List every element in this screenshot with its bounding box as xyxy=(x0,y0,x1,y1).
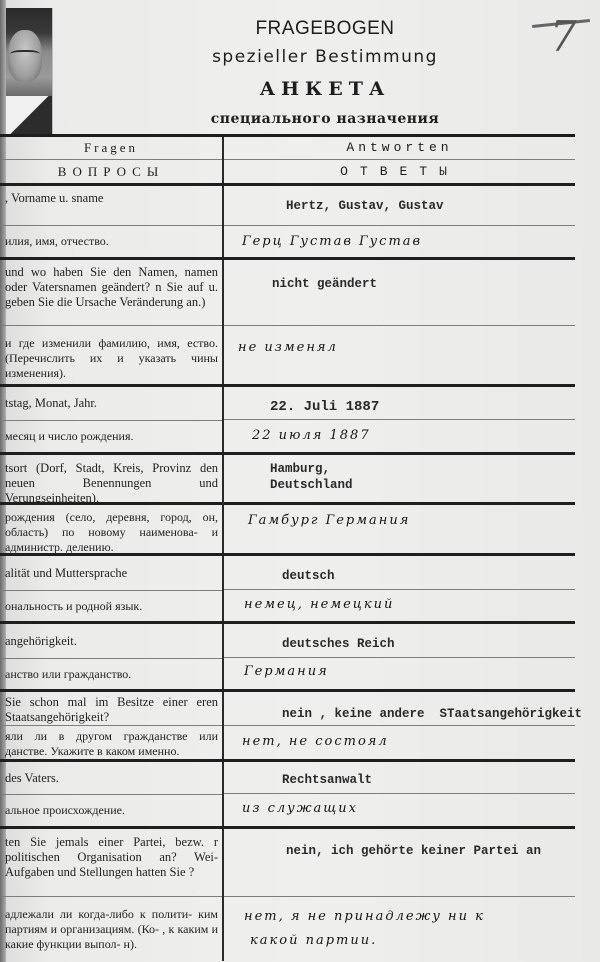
answer-typed: Hertz, Gustav, Gustav xyxy=(286,199,444,213)
question-de: , Vorname u. sname xyxy=(0,186,222,226)
question-de: Sie schon mal im Besitze einer eren Staa… xyxy=(0,692,222,726)
question-ru: илия, имя, отчество. xyxy=(0,226,222,257)
answer-typed: nein, ich gehörte keiner Partei an xyxy=(286,844,541,858)
question-ru: и где изменили фамилию, имя, ество. (Пер… xyxy=(0,326,222,384)
answer-handwritten: Германия xyxy=(244,664,329,679)
answer-typed: nicht geändert xyxy=(272,277,377,291)
question-ru: альное происхождение. xyxy=(0,795,222,826)
question-de: tsort (Dorf, Stadt, Kreis, Provinz den n… xyxy=(0,455,222,505)
question-de: des Vaters. xyxy=(0,762,222,795)
answer-typed: deutsch xyxy=(282,569,335,583)
row-name: , Vorname u. sname илия, имя, отчество. … xyxy=(0,186,575,260)
title-ru: АНКЕТА xyxy=(25,78,600,100)
col-header-answers-de: Antworten xyxy=(224,137,575,160)
question-ru: месяц и число рождения. xyxy=(0,421,222,452)
subtitle-de: spezieller Bestimmung xyxy=(25,47,600,67)
answer-handwritten: 22 июля 1887 xyxy=(252,428,371,443)
row-father-profession: des Vaters. альное происхождение. Rechts… xyxy=(0,762,575,829)
row-citizenship: angehörigkeit. анство или гражданство. d… xyxy=(0,624,575,692)
question-ru: яли ли в другом гражданстве или данстве.… xyxy=(0,726,222,759)
row-birthplace: tsort (Dorf, Stadt, Kreis, Provinz den n… xyxy=(0,455,575,556)
page-number-handwritten: 7 xyxy=(550,12,577,61)
title-de: FRAGEBOGEN xyxy=(25,18,600,40)
answer-typed: deutsches Reich xyxy=(282,637,395,651)
answer-handwritten: не изменял xyxy=(238,340,338,355)
question-ru: ональность и родной язык. xyxy=(0,591,222,621)
answer-typed: 22. Juli 1887 xyxy=(270,399,379,415)
question-de: und wo haben Sie den Namen, namen oder V… xyxy=(0,260,222,326)
answer-typed-line-2: Deutschland xyxy=(270,477,575,493)
question-ru: адлежали ли когда-либо к полити- ким пар… xyxy=(0,897,222,961)
col-header-questions-de: Fragen xyxy=(0,137,222,160)
answer-handwritten: немец, немецкий xyxy=(244,597,394,612)
answer-handwritten-line-2: какой партии. xyxy=(244,929,575,953)
row-name-change: und wo haben Sie den Namen, namen oder V… xyxy=(0,260,575,387)
questionnaire-table: Fragen ВОПРОСЫ Antworten ОТВЕТЫ , Vornam… xyxy=(0,134,575,961)
question-de: ten Sie jemals einer Partei, bezw. r pol… xyxy=(0,829,222,897)
answer-handwritten-line-1: нет, я не принадлежу ни к xyxy=(244,905,575,929)
answer-handwritten: нет, не состоял xyxy=(242,734,389,749)
question-de: tstag, Monat, Jahr. xyxy=(0,387,222,421)
question-ru: анство или гражданство. xyxy=(0,659,222,689)
answer-handwritten: Герц Густав Густав xyxy=(242,234,422,249)
question-ru: рождения (село, деревня, город, он, обла… xyxy=(0,505,222,553)
question-de: angehörigkeit. xyxy=(0,624,222,659)
subtitle-ru: специального назначения xyxy=(25,111,600,127)
question-de: alität und Muttersprache xyxy=(0,556,222,591)
row-other-citizenship: Sie schon mal im Besitze einer eren Staa… xyxy=(0,692,575,762)
margin-annotation: 7 xyxy=(530,12,600,97)
col-header-questions-ru: ВОПРОСЫ xyxy=(0,160,222,183)
column-headers: Fragen ВОПРОСЫ Antworten ОТВЕТЫ xyxy=(0,137,575,186)
answer-handwritten: Гамбург Германия xyxy=(248,513,410,528)
answer-typed: nein , keine andere STaatsangehörigkeit xyxy=(282,707,582,721)
answer-typed: Rechtsanwalt xyxy=(282,773,372,787)
row-party-membership: ten Sie jemals einer Partei, bezw. r pol… xyxy=(0,829,575,961)
answer-handwritten: из служащих xyxy=(242,801,358,816)
answer-typed-line-1: Hamburg, xyxy=(270,461,575,477)
row-nationality: alität und Muttersprache ональность и ро… xyxy=(0,556,575,624)
row-birth-date: tstag, Monat, Jahr. месяц и число рожден… xyxy=(0,387,575,455)
col-header-answers-ru: ОТВЕТЫ xyxy=(224,160,575,183)
